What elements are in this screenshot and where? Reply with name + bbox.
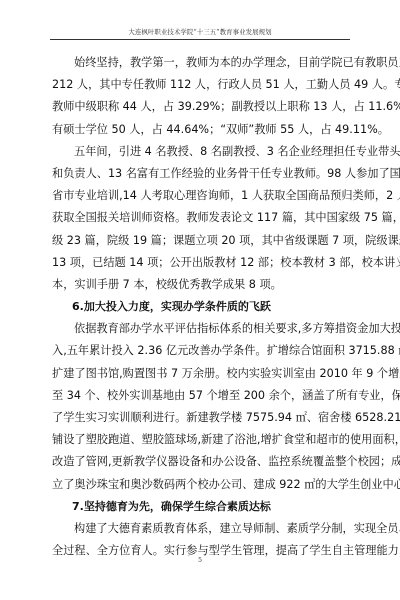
- paragraph-line: 13 项，已结题 14 项；公开出版教材 12 部；校本教材 3 部，校本讲义 …: [52, 252, 350, 274]
- paragraph-line: 省市专业培训,14 人考取心理咨询师，1 人获取全国商品预归类师，2 人: [52, 185, 350, 207]
- paragraph-line: 有硕士学位 50 人，占 44.64%；“双师”教师 55 人，占 49.11%…: [52, 119, 350, 141]
- paragraph-line: 本，实训手册 7 本，校级优秀教学成果 8 项。: [52, 274, 350, 296]
- paragraph-line: 至 34 个、校外实训基地由 57 个增至 200 余个，涵盖了所有专业，保证: [52, 385, 350, 407]
- paragraph-line: 立了奥沙珠宝和奥沙数码两个校办公司、建成 922 ㎡的大学生创业中心。: [52, 474, 350, 496]
- paragraph-line: 扩建了图书馆,购置图书 7 万余册。校内实验实训室由 2010 年 9 个增加: [52, 363, 350, 385]
- paragraph-line: 构建了大德育素质教育体系，建立导师制、素质学分制，实现全员、: [52, 518, 350, 540]
- page-number: 5: [0, 557, 400, 564]
- paragraph-line: 教师中级职称 44 人，占 39.29%；副教授以上职称 13 人，占 11.6…: [52, 96, 350, 118]
- section-heading: 7.坚持德育为先，确保学生综合素质达标: [52, 496, 350, 518]
- paragraph-line: 始终坚持，教学第一，教师为本的办学理念，目前学院已有教职员工: [52, 52, 350, 74]
- page-header: 大连枫叶职业技术学院“十三五”教育事业发展规划: [50, 28, 350, 40]
- header-title: 大连枫叶职业技术学院“十三五”教育事业发展规划: [128, 28, 271, 36]
- paragraph-line: 铺设了塑胶跑道、塑胶篮球场,新建了浴池,增扩食堂和超市的使用面积，: [52, 429, 350, 451]
- paragraph-line: 入,五年累计投入 2.36 亿元改善办学条件。扩增综合馆面积 3715.88 ㎡…: [52, 340, 350, 362]
- paragraph-line: 了学生实习实训顺利进行。新建教学楼 7575.94 ㎡、宿舍楼 6528.21 …: [52, 407, 350, 429]
- paragraph-line: 获取全国报关培训师资格。教师发表论文 117 篇，其中国家级 75 篇，省: [52, 207, 350, 229]
- paragraph-line: 改造了管网,更新教学仪器设备和办公设备、监控系统覆盖整个校园；成: [52, 451, 350, 473]
- paragraph-line: 依据教育部办学水平评估指标体系的相关要求,多方筹措资金加大投: [52, 318, 350, 340]
- paragraph-line: 级 23 篇，院级 19 篇；课题立项 20 项，其中省级课题 7 项，院级课题: [52, 230, 350, 252]
- paragraph-line: 和负责人、13 名富有工作经验的业务骨干任专业教师。98 人参加了国家、: [52, 163, 350, 185]
- section-heading: 6.加大投入力度，实现办学条件质的飞跃: [52, 296, 350, 318]
- document-body: 始终坚持，教学第一，教师为本的办学理念，目前学院已有教职员工 212 人，其中专…: [52, 52, 350, 562]
- paragraph-line: 212 人，其中专任教师 112 人，行政人员 51 人，工勤人员 49 人。专…: [52, 74, 350, 96]
- paragraph-line: 五年间，引进 4 名教授、8 名副教授、3 名企业经理担任专业带头人: [52, 141, 350, 163]
